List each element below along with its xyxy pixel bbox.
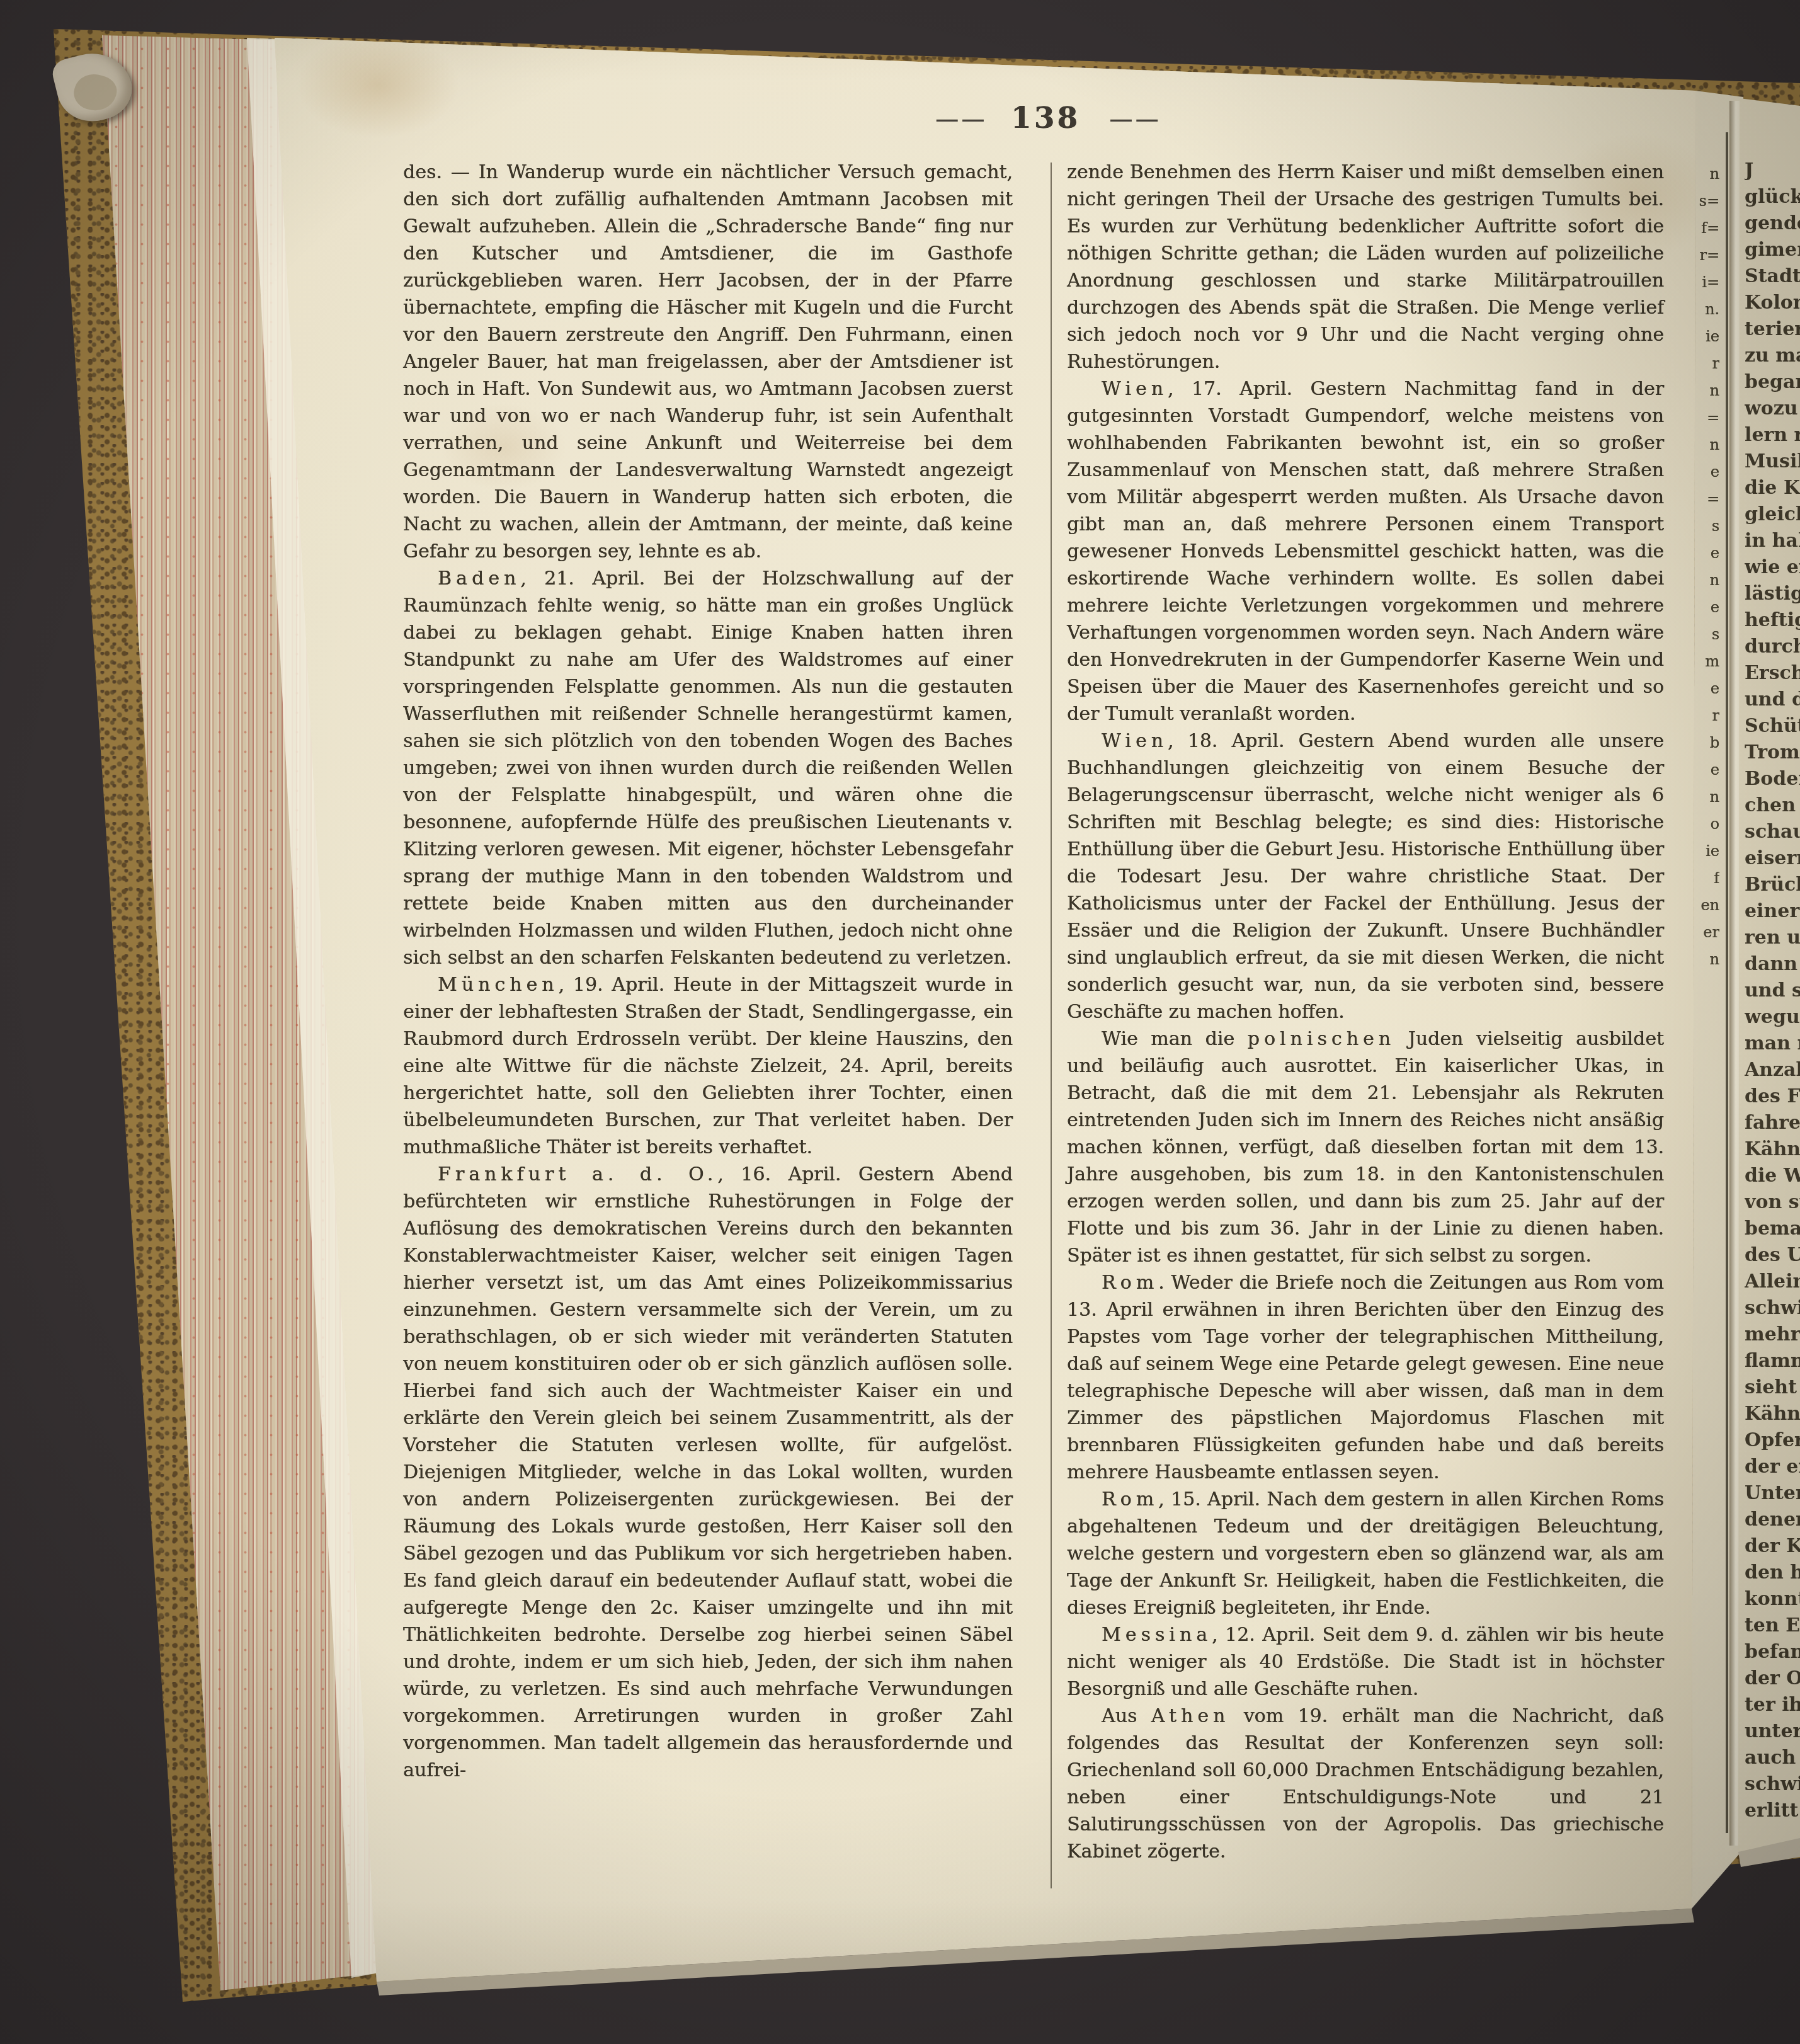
text-fragment: dann (1745, 951, 1800, 978)
text-fragment: teriere (1745, 316, 1800, 343)
text-fragment: schaue (1745, 819, 1800, 845)
text-fragment: Erschü (1745, 660, 1800, 687)
text-fragment: konnte (1745, 1586, 1800, 1613)
text-fragment: Trom (1745, 739, 1800, 766)
dateline-spaced-text: Messina (1102, 1624, 1212, 1646)
body-text: . Weder die Briefe noch die Zeitungen au… (1067, 1272, 1664, 1483)
text-fragment: f= (1693, 215, 1719, 242)
text-fragment: und s (1745, 978, 1800, 1004)
text-fragment: der K (1745, 1533, 1800, 1560)
text-fragment: ter ih (1745, 1692, 1800, 1718)
news-paragraph: Wien, 17. April. Gestern Nachmittag fand… (1067, 375, 1664, 728)
text-fragment: wegun (1745, 1004, 1800, 1031)
text-fragment: chen J (1745, 792, 1800, 819)
dateline-spaced-text: München (438, 974, 559, 996)
text-fragment: ie (1693, 838, 1719, 865)
text-fragment: mehrer (1745, 1322, 1800, 1348)
text-fragment: r= (1693, 242, 1719, 269)
body-text: , 19. April. Heute in der Mittagszeit wu… (403, 974, 1013, 1158)
news-paragraph: München, 19. April. Heute in der Mittags… (403, 971, 1013, 1161)
text-fragment: Boden (1745, 766, 1800, 792)
text-fragment: wie er (1745, 554, 1800, 581)
text-fragment: Allein (1745, 1269, 1800, 1295)
text-fragment: Kähne (1745, 1136, 1800, 1163)
header-ornament-left: — — (935, 109, 982, 129)
text-fragment: e (1693, 594, 1719, 621)
text-fragment: zu ma (1745, 343, 1800, 369)
text-fragment: Kähne (1745, 1401, 1800, 1427)
body-text: Wie man die (1102, 1028, 1248, 1050)
text-fragment: lern r (1745, 422, 1800, 448)
page-header: — —138— — (416, 101, 1675, 135)
dateline-spaced-text: Rom (1102, 1272, 1158, 1294)
text-fragment: e (1693, 757, 1719, 784)
text-fragment: i= (1693, 269, 1719, 296)
text-fragment: begann (1745, 369, 1800, 396)
body-text: , 21. April. Bei der Holzschwallung auf … (403, 568, 1013, 969)
page-number: 138 (1011, 101, 1080, 135)
news-paragraph: Rom, 15. April. Nach dem gestern in alle… (1067, 1486, 1664, 1621)
gutter-text-fragments: ns=f=r=i=n.iern=ne=senesmerbenoiefenern (1693, 161, 1719, 1672)
text-fragment: lästigt, (1745, 581, 1800, 607)
dateline-spaced-text: Wien (1102, 730, 1168, 752)
text-fragment: s (1693, 621, 1719, 648)
text-fragment: sieht v (1745, 1374, 1800, 1401)
text-fragment: fahren (1745, 1110, 1800, 1136)
text-fragment: s (1693, 513, 1719, 540)
text-fragment: schwin (1745, 1771, 1800, 1798)
text-fragment: Musik (1745, 448, 1800, 475)
text-fragment: r (1693, 350, 1719, 377)
text-fragment: befand (1745, 1639, 1800, 1665)
text-fragment: beman (1745, 1216, 1800, 1242)
text-fragment: man n (1745, 1031, 1800, 1057)
text-fragment: Anzahl (1745, 1057, 1800, 1083)
text-fragment: J (1745, 157, 1800, 184)
text-fragment: des U (1745, 1242, 1800, 1269)
news-paragraph: Rom. Weder die Briefe noch die Zeitungen… (1067, 1269, 1664, 1486)
dateline-spaced-text: Baden (438, 568, 520, 590)
text-fragment: gimen (1745, 237, 1800, 263)
text-fragment: n (1693, 431, 1719, 459)
text-fragment: m (1693, 648, 1719, 675)
news-paragraph: des. — In Wanderup wurde ein nächtlicher… (403, 159, 1013, 565)
body-text: , 18. April. Gestern Abend wurden alle u… (1067, 730, 1664, 1023)
text-fragment: Kolon (1745, 290, 1800, 316)
text-fragment: heftige (1745, 607, 1800, 634)
text-fragment: durch (1745, 634, 1800, 660)
text-fragment: n. (1693, 296, 1719, 323)
text-fragment: unterg (1745, 1718, 1800, 1745)
next-page-column-rule (1726, 132, 1728, 1833)
text-fragment: wozu (1745, 396, 1800, 422)
news-paragraph: Aus Athen vom 19. erhält man die Nachric… (1067, 1703, 1664, 1865)
header-ornament-right: — — (1109, 109, 1156, 129)
body-text: zende Benehmen des Herrn Kaiser und mißt… (1067, 161, 1664, 373)
dateline-spaced-text: Rom (1102, 1488, 1158, 1510)
text-fragment: = (1693, 486, 1719, 513)
news-paragraph: Wien, 18. April. Gestern Abend wurden al… (1067, 728, 1664, 1025)
text-fragment: b (1693, 729, 1719, 757)
next-page-text-fragments: JglücksfgendegimenStadtKolonterierezu ma… (1745, 157, 1800, 1833)
text-fragment: n (1693, 784, 1719, 811)
text-fragment: Stadt (1745, 263, 1800, 290)
dateline-spaced-text: Wien (1102, 378, 1168, 400)
text-fragment: Schütz (1745, 713, 1800, 739)
column-divider-rule (1051, 163, 1052, 1888)
text-fragment: ie (1693, 323, 1719, 350)
text-fragment: gleiche (1745, 501, 1800, 528)
book-scan-photo: — —138— — des. — In Wanderup wurde ein n… (0, 0, 1800, 2044)
text-fragment: n (1693, 946, 1719, 973)
text-fragment: e (1693, 540, 1719, 567)
text-fragment: s= (1693, 188, 1719, 215)
body-text: Aus (1102, 1705, 1151, 1727)
news-paragraph: Baden, 21. April. Bei der Holzschwallung… (403, 565, 1013, 971)
body-text: des. — In Wanderup wurde ein nächtlicher… (403, 161, 1013, 562)
text-fragment: die W (1745, 1163, 1800, 1189)
text-fragment: n (1693, 161, 1719, 188)
text-fragment: der er (1745, 1454, 1800, 1480)
text-fragment: des Fl (1745, 1083, 1800, 1110)
text-fragment: e (1693, 675, 1719, 702)
text-fragment: ren u (1745, 925, 1800, 951)
text-fragment: in hal (1745, 528, 1800, 554)
text-fragment: glücksf (1745, 184, 1800, 210)
text-fragment: einer (1745, 898, 1800, 925)
body-text: , 17. April. Gestern Nachmittag fand in … (1067, 378, 1664, 725)
text-fragment: e (1693, 459, 1719, 486)
news-paragraph: zende Benehmen des Herrn Kaiser und mißt… (1067, 159, 1664, 375)
text-fragment: flamm (1745, 1348, 1800, 1374)
text-fragment: von st (1745, 1189, 1800, 1216)
text-fragment: erlitt (1745, 1798, 1800, 1824)
right-column: zende Benehmen des Herrn Kaiser und mißt… (1067, 159, 1664, 1865)
text-fragment: n (1693, 567, 1719, 594)
text-fragment: schwim (1745, 1295, 1800, 1322)
age-stain (825, 14, 865, 42)
text-fragment: Brücke (1745, 872, 1800, 898)
text-fragment: ten E (1745, 1613, 1800, 1639)
text-fragment: die K (1745, 475, 1800, 501)
dateline-spaced-text: Athen (1151, 1705, 1230, 1727)
body-text: , 16. April. Gestern Abend befürchteten … (403, 1163, 1013, 1781)
news-paragraph: Wie man die polnischen Juden vielseitig … (1067, 1025, 1664, 1269)
text-fragment: und d (1745, 687, 1800, 713)
dateline-spaced-text: Frankfurt a. d. O. (438, 1163, 717, 1185)
text-fragment: n (1693, 377, 1719, 404)
text-fragment: = (1693, 404, 1719, 431)
text-fragment: f (1693, 865, 1719, 892)
body-text: Juden vielseitig ausbildet und beiläufig… (1067, 1028, 1664, 1267)
text-fragment: Opfer (1745, 1427, 1800, 1454)
text-fragment: r (1693, 702, 1719, 729)
text-fragment: auch (1745, 1745, 1800, 1771)
dateline-spaced-text: polnischen (1248, 1028, 1395, 1050)
text-fragment: Unters (1745, 1480, 1800, 1507)
left-column: des. — In Wanderup wurde ein nächtlicher… (403, 159, 1013, 1784)
news-paragraph: Messina, 12. April. Seit dem 9. d. zähle… (1067, 1621, 1664, 1703)
text-fragment: denen (1745, 1507, 1800, 1533)
text-fragment: der O (1745, 1665, 1800, 1692)
text-fragment: eiserne (1745, 845, 1800, 872)
body-text: vom 19. erhält man die Nachricht, daß fo… (1067, 1705, 1664, 1863)
text-fragment: er (1693, 919, 1719, 946)
news-paragraph: Frankfurt a. d. O., 16. April. Gestern A… (403, 1161, 1013, 1784)
text-fragment: en (1693, 892, 1719, 919)
text-fragment: o (1693, 811, 1719, 838)
text-fragment: den h (1745, 1560, 1800, 1586)
text-fragment: gende (1745, 210, 1800, 237)
